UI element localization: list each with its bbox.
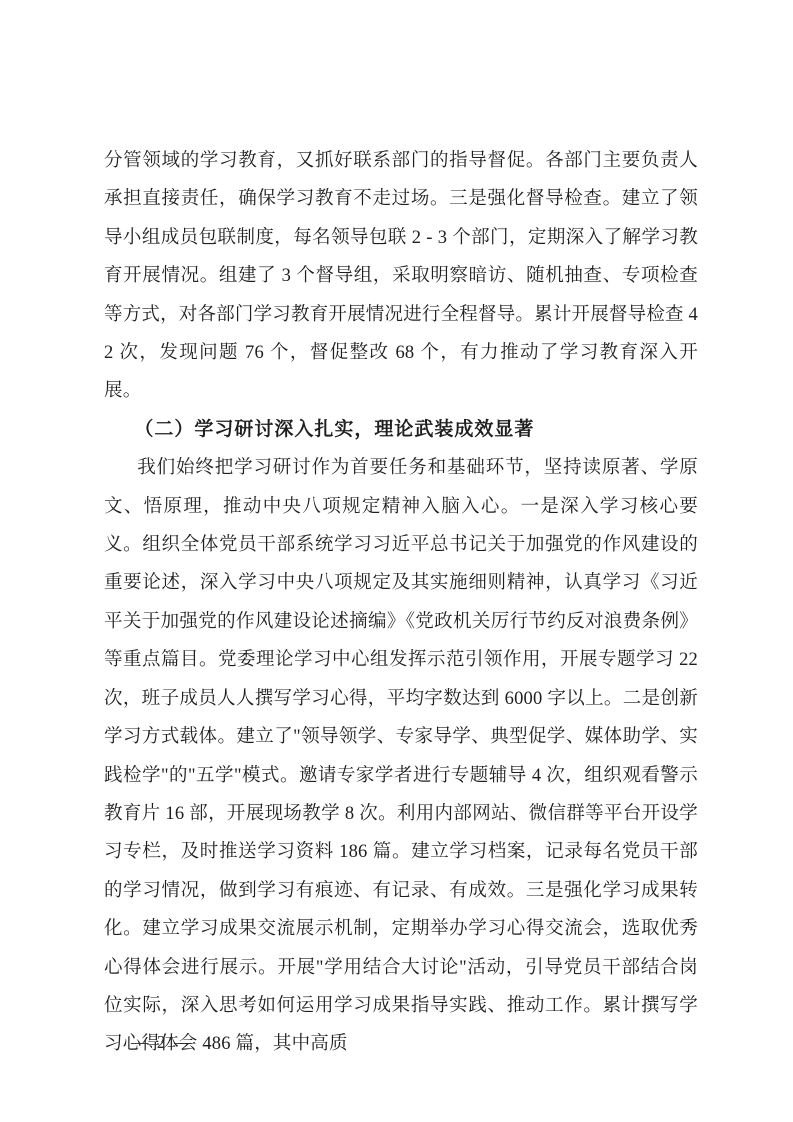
document-body: 分管领域的学习教育，又抓好联系部门的指导督促。各部门主要负责人承担直接责任，确保… <box>104 142 698 1064</box>
paragraph-body: 我们始终把学习研讨作为首要任务和基础环节，坚持读原著、学原文、悟原理，推动中央八… <box>104 449 698 1064</box>
document-page: 分管领域的学习教育，又抓好联系部门的指导督促。各部门主要负责人承担直接责任，确保… <box>0 0 793 1122</box>
paragraph-continuation: 分管领域的学习教育，又抓好联系部门的指导督促。各部门主要负责人承担直接责任，确保… <box>104 142 698 411</box>
page-number: — 2 — <box>131 1031 194 1053</box>
section-heading: （二）学习研讨深入扎实，理论武装成效显著 <box>104 411 698 449</box>
